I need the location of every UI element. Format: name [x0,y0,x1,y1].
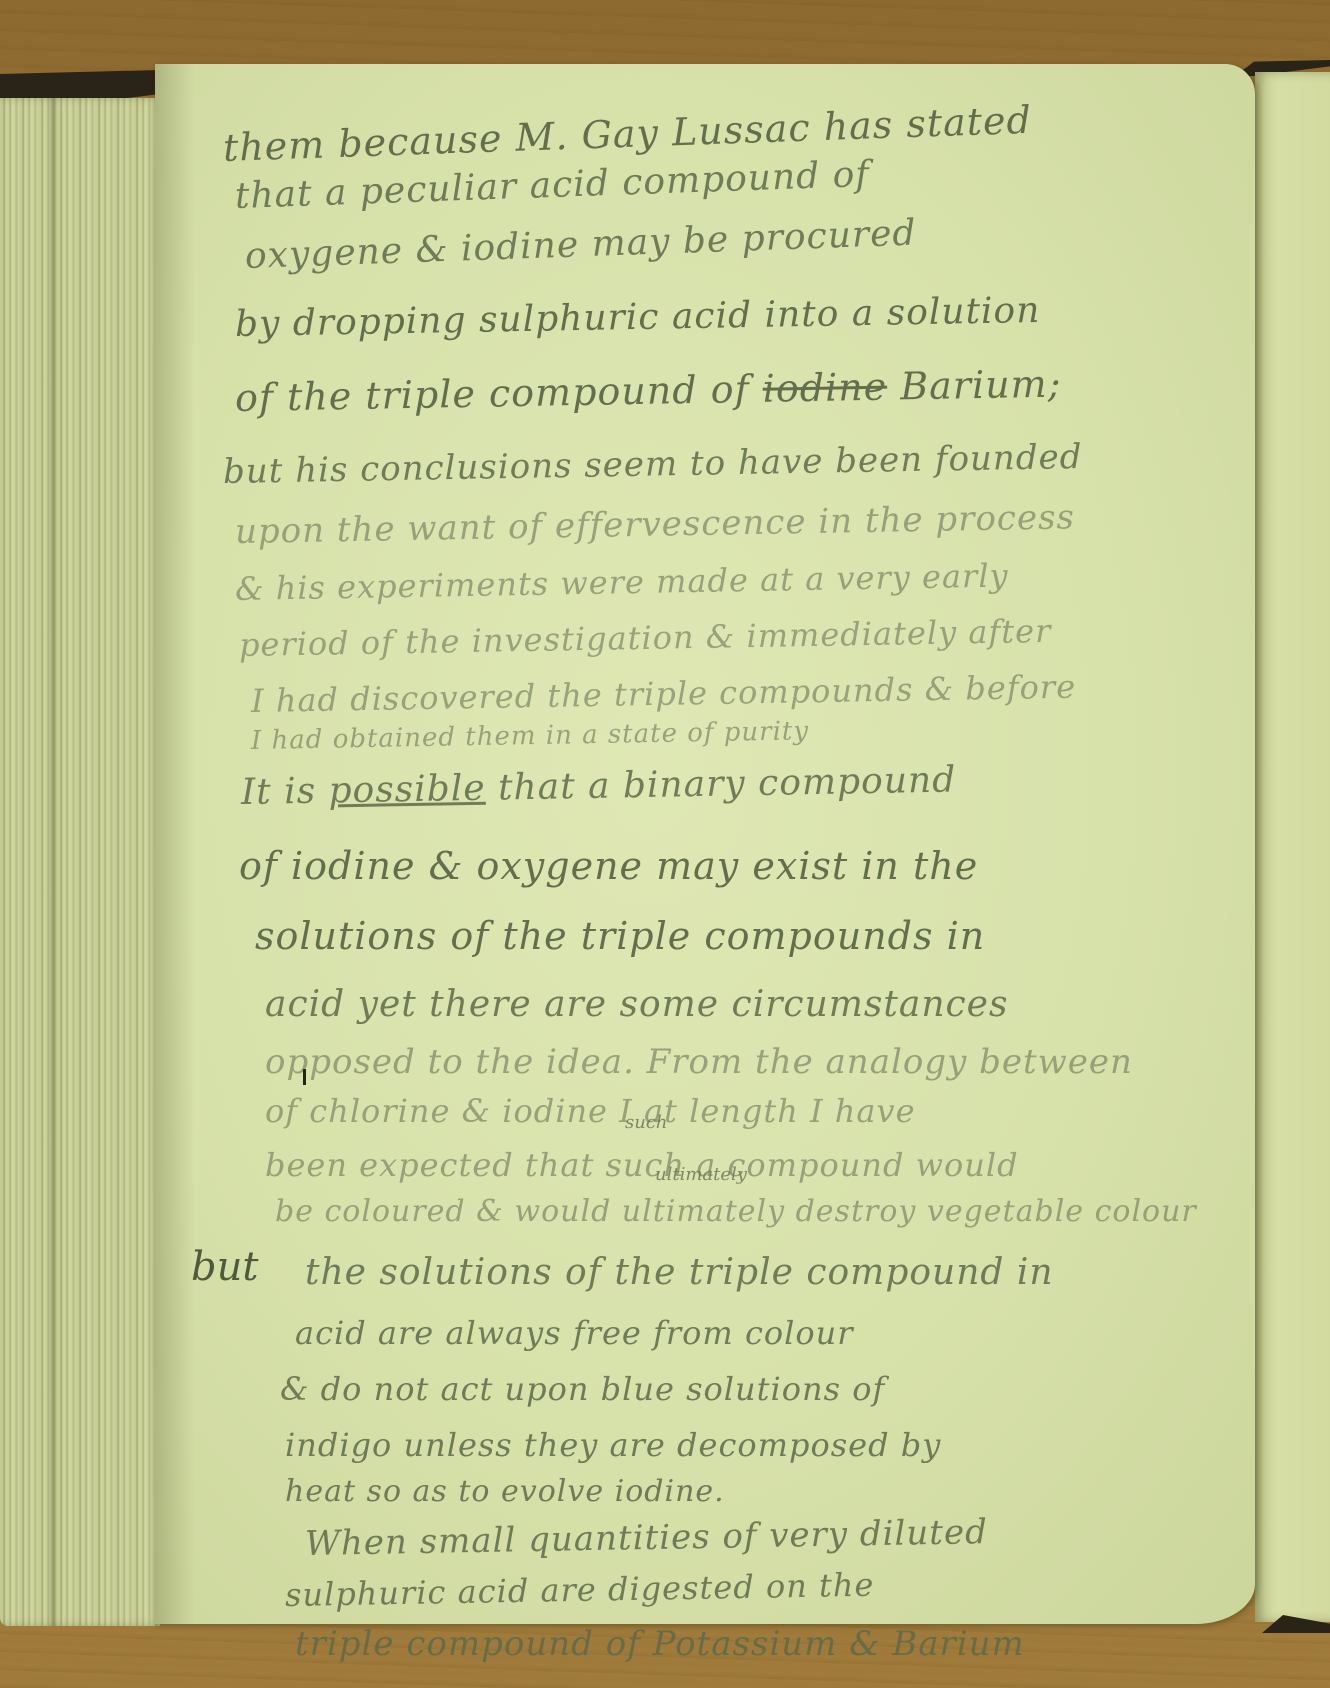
manuscript-line: acid are always free from colour [295,1314,854,1352]
handwritten-text: them because M. Gay Lussac has stated th… [155,64,1255,1624]
manuscript-line: the solutions of the triple compound in [305,1252,1054,1293]
manuscript-line: upon the want of effervescence in the pr… [235,497,1076,552]
manuscript-line: I had obtained them in a state of purity [251,716,810,756]
line-text: of the triple compound of [235,367,750,420]
ink-mark [303,1069,306,1085]
manuscript-line: I had discovered the triple compounds & … [251,668,1077,720]
manuscript-line: triple compound of Potassium & Barium [295,1624,1025,1664]
manuscript-line: & his experiments were made at a very ea… [235,557,1009,608]
manuscript-line: period of the investigation & immediatel… [239,612,1052,664]
line-text: that a binary compound [485,760,956,809]
manuscript-line: been expected that such a compound would [265,1146,1019,1184]
manuscript-line: indigo unless they are decomposed by [285,1426,941,1464]
manuscript-line: but his conclusions seem to have been fo… [223,437,1083,492]
manuscript-line: sulphuric acid are digested on the [285,1566,875,1614]
manuscript-line: by dropping sulphuric acid into a soluti… [235,290,1041,345]
line-text: It is [241,770,329,813]
manuscript-line: oxygene & iodine may be procured [244,213,917,277]
photo-scene: them because M. Gay Lussac has stated th… [0,0,1330,1688]
manuscript-line: It is possible that a binary compound [241,760,957,813]
struck-word: iodine [762,365,887,411]
underlined-word: possible [328,768,486,812]
facing-page [1255,72,1330,1622]
manuscript-line: & do not act upon blue solutions of [280,1370,885,1408]
manuscript-line: When small quantities of very diluted [305,1512,988,1564]
manuscript-page: them because M. Gay Lussac has stated th… [155,64,1255,1624]
manuscript-line: of chlorine & iodine I at length I have [265,1092,916,1130]
margin-note: but [191,1244,258,1290]
manuscript-line: heat so as to evolve iodine. [285,1474,725,1509]
manuscript-line: them because M. Gay Lussac has stated [222,98,1032,170]
manuscript-line: solutions of the triple compounds in [255,914,985,958]
interlinear-insert: ultimately [655,1164,747,1185]
book-page-edges [0,98,160,1626]
manuscript-line: opposed to the idea. From the analogy be… [265,1042,1133,1082]
manuscript-line: of the triple compound of iodine Barium; [235,362,1062,420]
manuscript-line: of iodine & oxygene may exist in the [239,844,978,888]
interlinear-insert: such [625,1112,668,1133]
manuscript-line: be coloured & would ultimately destroy v… [275,1194,1197,1229]
page-edge-shadow [48,98,58,1626]
manuscript-line: acid yet there are some circumstances [265,984,1008,1025]
line-text: Barium; [887,362,1062,409]
